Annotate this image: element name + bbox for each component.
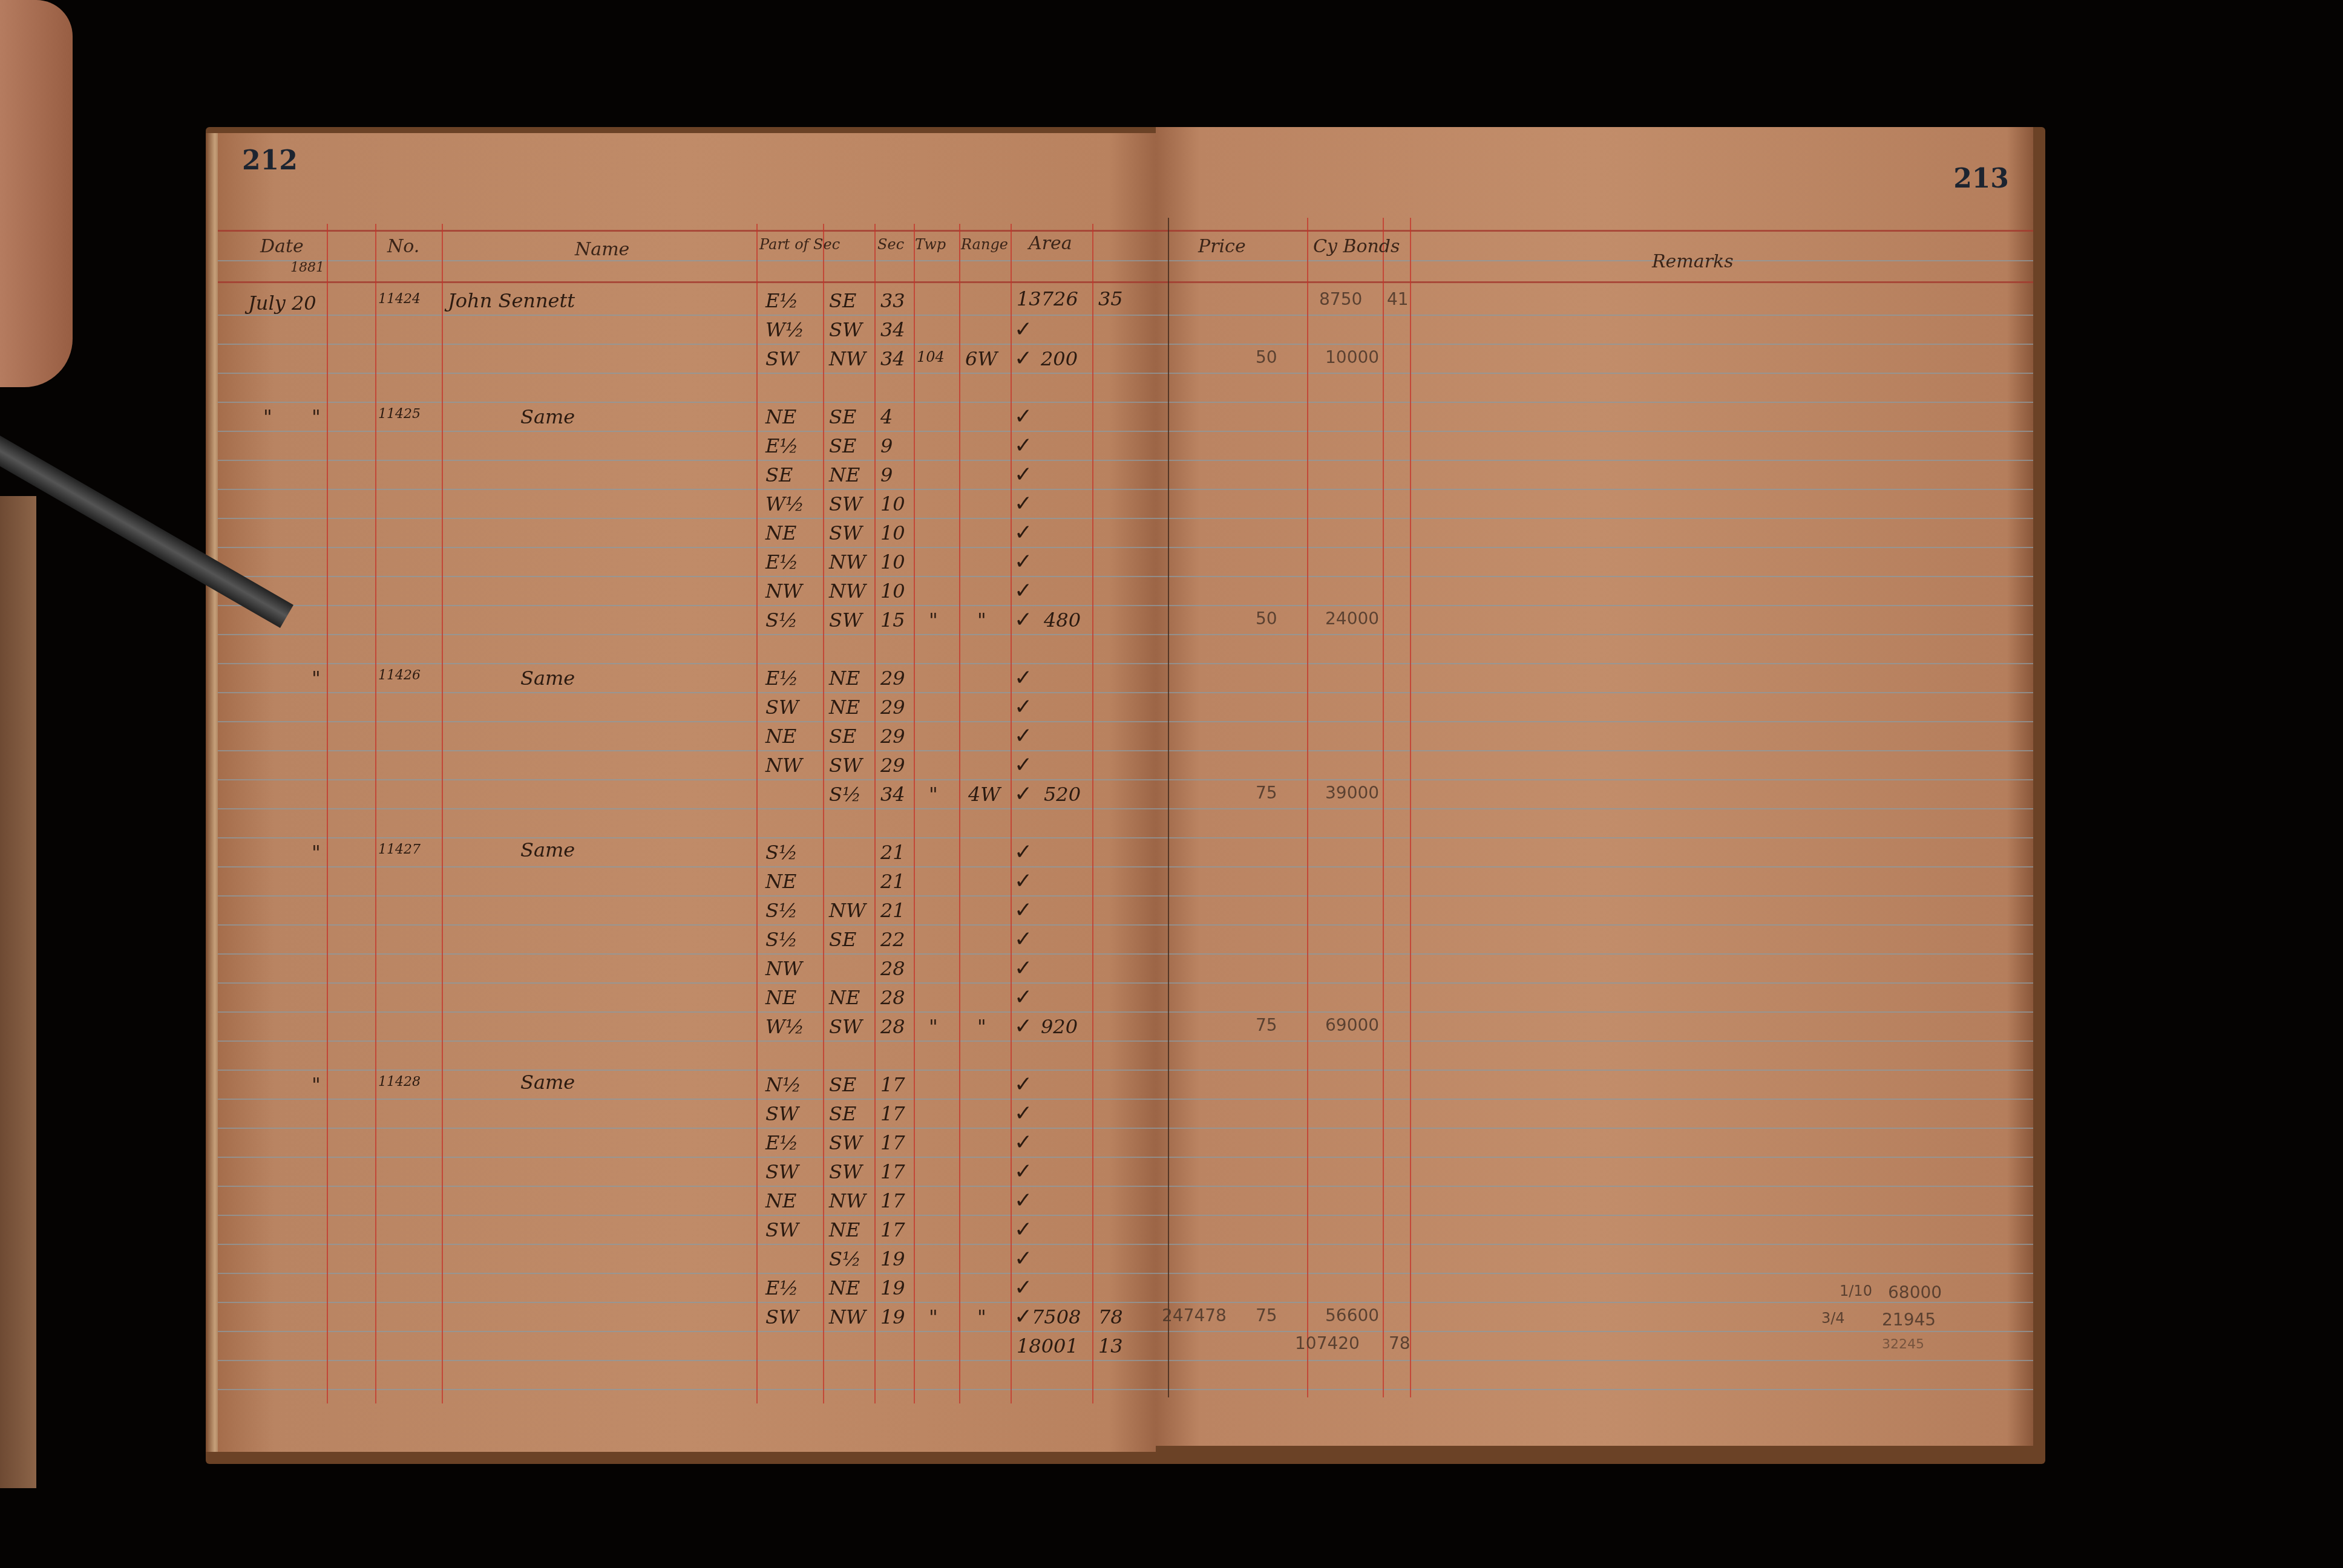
checkmark-icon: ✓ [1014,491,1032,516]
checkmark-icon: ✓ [1014,1246,1032,1271]
header-bonds: Cy Bonds [1313,236,1400,257]
bonds-value: 24000 [1325,609,1379,629]
parcel-part: W½ [765,1015,804,1038]
checkmark-icon: ✓ [1014,317,1032,342]
parcel-part: E½ [765,1131,798,1154]
checkmark-icon: ✓ [1014,927,1032,952]
parcel-sec: 15 [880,609,905,632]
price-subtotal: 247478 [1162,1305,1227,1325]
header-price: Price [1198,236,1246,257]
entry-no: 11428 [378,1074,421,1089]
parcel-sec: 17 [880,1160,905,1183]
parcel-sec: 17 [880,1073,905,1096]
parcel-part: SE [765,463,793,486]
price-value: 75 [1256,1305,1277,1325]
parcel-sec: 9 [880,463,893,486]
parcel-quarter: NW [829,550,866,573]
parcel-part: NE [765,405,796,428]
parcel-quarter: SE [829,1102,856,1125]
parcel-sec: 10 [880,521,905,544]
header-name: Name [575,239,629,260]
entry-no: 11426 [378,668,421,683]
checkmark-icon: ✓ [1014,1072,1032,1097]
parcel-range: 6W [965,347,997,370]
checkmark-icon: ✓ [1014,462,1032,487]
parcel-part: NE [765,986,796,1009]
checkmark-icon: ✓ [1014,1217,1032,1242]
parcel-area: 7508 [1032,1305,1081,1328]
parcel-quarter: NW [829,1305,866,1328]
parcel-part: NW [765,957,802,980]
parcel-part: SW [765,347,799,370]
parcel-area: 520 [1044,783,1081,806]
parcel-sec: 19 [880,1305,905,1328]
remark-label: 3/4 [1821,1310,1845,1327]
entry-no: 11427 [378,842,421,857]
parcel-quarter: SW [829,609,862,632]
parcel-range: " [977,1015,986,1038]
checkmark-icon: ✓ [1014,607,1032,632]
entry-date: " [312,667,321,690]
parcel-sec: 28 [880,986,905,1009]
checkmark-icon: ✓ [1014,840,1032,864]
parcel-part: W½ [765,318,804,341]
parcel-range: " [977,1305,986,1328]
parcel-quarter: NW [829,899,866,922]
checkmark-icon: ✓ [1014,724,1032,748]
parcel-part: SW [765,1160,799,1183]
parcel-quarter: NW [829,580,866,603]
parcel-sec: 29 [880,725,905,748]
remark-value: 32245 [1882,1337,1924,1352]
parcel-part: S½ [765,899,798,922]
parcel-sec: 21 [880,841,905,864]
parcel-quarter: NE [829,1276,860,1299]
parcel-quarter: NW [829,1189,866,1212]
parcel-sec: 10 [880,550,905,573]
parcel-area: 920 [1041,1015,1078,1038]
parcel-part: NE [765,521,796,544]
header-remarks: Remarks [1652,251,1734,272]
checkmark-icon: ✓ [1014,404,1032,429]
entry-no: 11425 [378,407,421,422]
parcel-quarter: SE [829,928,856,951]
parcel-sec: 10 [880,580,905,603]
parcel-part: S½ [765,609,798,632]
parcel-area: 480 [1044,609,1081,632]
parcel-part: SW [765,1305,799,1328]
parcel-part: NW [765,580,802,603]
parcel-quarter: NE [829,696,860,719]
parcel-sec: 17 [880,1102,905,1125]
parcel-twp: " [929,1305,938,1328]
remark-label: 1/10 [1840,1282,1872,1299]
price-value: 50 [1256,609,1277,629]
bonds-value: 10000 [1325,347,1379,367]
parcel-sec: 34 [880,783,905,806]
parcel-part: E½ [765,667,798,690]
area-total: 18001 [1017,1334,1078,1357]
parcel-quarter: SW [829,318,862,341]
parcel-quarter: SW [829,754,862,777]
ledger-book: 212 Date 1881 No. Name Part of S [206,127,2045,1464]
parcel-sec: 17 [880,1218,905,1241]
parcel-quarter: NE [829,986,860,1009]
parcel-sec: 29 [880,754,905,777]
checkmark-icon: ✓ [1014,753,1032,777]
checkmark-icon: ✓ [1014,1159,1032,1184]
parcel-sec: 34 [880,347,905,370]
checkmark-icon: ✓ [1014,520,1032,545]
checkmark-icon: ✓ [1014,869,1032,893]
parcel-quarter: S½ [829,1247,861,1270]
checkmark-icon: ✓ [1014,346,1032,371]
parcel-part: NE [765,870,796,893]
checkmark-icon: ✓ [1014,694,1032,719]
bonds-total-frac: 78 [1389,1333,1411,1353]
checkmark-icon: ✓ [1014,578,1032,603]
parcel-part: W½ [765,492,804,515]
parcel-sec: 10 [880,492,905,515]
bonds-value: 56600 [1325,1305,1379,1325]
parcel-sec: 17 [880,1189,905,1212]
parcel-quarter: SE [829,405,856,428]
header-sec: Sec [877,236,904,253]
checkmark-icon: ✓ [1014,1130,1032,1155]
entry-date: July 20 [248,292,316,315]
parcel-part: NW [765,754,802,777]
parcel-range: " [977,609,986,632]
parcel-sec: 19 [880,1247,905,1270]
parcel-twp: " [929,1015,938,1038]
bonds-frac: 41 [1387,289,1409,309]
parcel-quarter: SW [829,521,862,544]
parcel-sec: 29 [880,696,905,719]
parcel-area: 200 [1041,347,1078,370]
parcel-quarter: SW [829,1160,862,1183]
parcel-quarter: SW [829,1131,862,1154]
checkmark-icon: ✓ [1014,1304,1032,1329]
parcel-part: SW [765,1102,799,1125]
header-date: Date [260,236,304,257]
page-number: 212 [242,145,298,176]
parcel-part: E½ [765,289,798,312]
parcel-part: NE [765,1189,796,1212]
checkmark-icon: ✓ [1014,985,1032,1010]
parcel-part: SW [765,1218,799,1241]
entry-name: Same [520,667,575,690]
parcel-sec: 34 [880,318,905,341]
checkmark-icon: ✓ [1014,898,1032,923]
checkmark-icon: ✓ [1014,549,1032,574]
entry-name: Same [520,405,575,428]
entry-date: " [263,405,272,428]
parcel-part: S½ [765,841,798,864]
parcel-area: 13726 [1017,287,1078,310]
checkmark-icon: ✓ [1014,665,1032,690]
entry-date: " [312,1073,321,1096]
remark-value: 21945 [1882,1310,1936,1330]
parcel-part: N½ [765,1073,801,1096]
checkmark-icon: ✓ [1014,1275,1032,1300]
right-page: 213 Price Cy Bonds Remarks 8750 41 50 10… [1156,127,2033,1446]
parcel-sec: 33 [880,289,905,312]
bonds-value: 39000 [1325,783,1379,803]
parcel-sec: 17 [880,1131,905,1154]
parcel-sec: 28 [880,1015,905,1038]
header-year: 1881 [290,260,324,275]
header-area: Area [1029,233,1072,254]
parcel-sec: 19 [880,1276,905,1299]
checkmark-icon: ✓ [1014,433,1032,458]
checkmark-icon: ✓ [1014,1101,1032,1126]
parcel-sec: 4 [880,405,893,428]
checkmark-icon: ✓ [1014,956,1032,981]
header-part-of-sec: Part of Sec [759,236,840,253]
parcel-sec: 22 [880,928,905,951]
parcel-area-frac: 35 [1098,287,1123,310]
parcel-range: 4W [968,783,1000,806]
parcel-quarter: SE [829,289,856,312]
entry-name: John Sennett [448,289,575,312]
entry-name: Same [520,1071,575,1094]
parcel-sec: 28 [880,957,905,980]
price-value: 50 [1256,347,1277,367]
entry-day: " [312,405,321,428]
price-value: 75 [1256,1015,1277,1035]
parcel-quarter: SW [829,1015,862,1038]
parcel-part: S½ [765,928,798,951]
header-twp: Twp [915,236,946,253]
hand [0,0,73,387]
adjacent-book-edge [0,496,36,1488]
header-range: Range [961,236,1008,253]
parcel-twp: 104 [917,348,945,365]
parcel-part: E½ [765,550,798,573]
left-page: 212 Date 1881 No. Name Part of S [218,133,1156,1452]
parcel-sec: 21 [880,899,905,922]
checkmark-icon: ✓ [1014,782,1032,806]
parcel-quarter: NE [829,667,860,690]
entry-date: " [312,841,321,864]
bonds-value: 69000 [1325,1015,1379,1035]
price-value: 75 [1256,783,1277,803]
parcel-twp: " [929,783,938,806]
remark-value: 68000 [1888,1282,1942,1302]
parcel-area-frac: 78 [1098,1305,1123,1328]
bonds-value: 8750 [1319,289,1362,309]
parcel-quarter: SE [829,725,856,748]
parcel-quarter: SW [829,492,862,515]
parcel-part: E½ [765,434,798,457]
parcel-part: NE [765,725,796,748]
checkmark-icon: ✓ [1014,1014,1032,1039]
parcel-quarter: NE [829,1218,860,1241]
bonds-total: 107420 [1295,1333,1360,1353]
parcel-quarter: NE [829,463,860,486]
page-number: 213 [1953,163,2009,194]
checkmark-icon: ✓ [1014,1188,1032,1213]
entry-no: 11424 [378,292,421,307]
parcel-part: SW [765,696,799,719]
parcel-part: E½ [765,1276,798,1299]
area-total-frac: 13 [1098,1334,1123,1357]
parcel-quarter: S½ [829,783,861,806]
parcel-sec: 29 [880,667,905,690]
header-no: No. [387,236,419,257]
parcel-twp: " [929,609,938,632]
entry-name: Same [520,838,575,861]
parcel-quarter: NW [829,347,866,370]
parcel-quarter: SE [829,434,856,457]
parcel-sec: 21 [880,870,905,893]
parcel-quarter: SE [829,1073,856,1096]
parcel-sec: 9 [880,434,893,457]
